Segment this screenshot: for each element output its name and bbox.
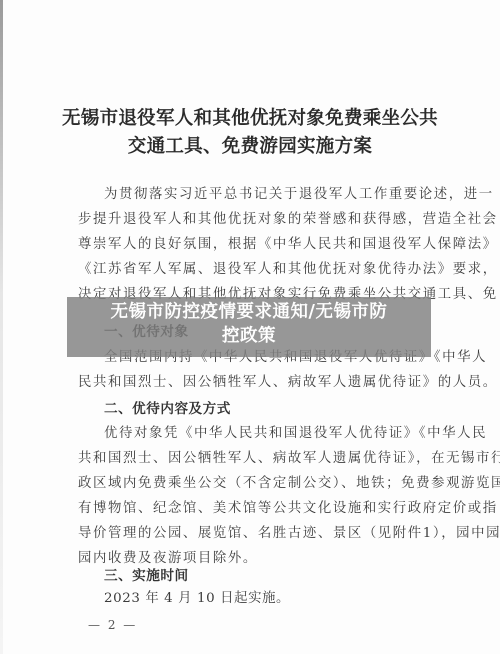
section3-line: 2023 年 4 月 10 日起实施。 bbox=[104, 587, 290, 606]
headline-overlay-banner[interactable]: 无锡市防控疫情要求通知/无锡市防 控政策 bbox=[67, 297, 431, 357]
section2-line: 有博物馆、纪念馆、美术馆等公共文化设施和实行政府定价或指 bbox=[78, 497, 498, 516]
intro-line: 《江苏省军人军属、退役军人和其他优抚对象优待办法》要求， bbox=[78, 258, 498, 277]
headline-line-1: 无锡市防控疫情要求通知/无锡市防 bbox=[67, 300, 431, 324]
section2-line: 政区域内免费乘坐公交（不含定制公交）、地铁；免费参观游览国 bbox=[78, 472, 500, 491]
section2-line: 共和国烈士、因公牺牲军人、病故军人遗属优待证》，在无锡市行 bbox=[78, 447, 500, 466]
section-heading-2: 二、优待内容及方式 bbox=[104, 397, 231, 417]
section2-line: 优待对象凭《中华人民共和国退役军人优待证》《中华人民 bbox=[104, 422, 487, 441]
headline-text: 无锡市防控疫情要求通知/无锡市防 控政策 bbox=[67, 300, 431, 348]
intro-line: 步提升退役军人和其他优抚对象的荣誉感和获得感，营造全社会 bbox=[78, 208, 498, 227]
section1-line: 民共和国烈士、因公牺牲军人、病故军人遗属优待证》的人员。 bbox=[78, 371, 498, 390]
section-heading-3: 三、实施时间 bbox=[104, 564, 189, 584]
section2-line: 导价管理的公园、展览馆、名胜古迹、景区（见附件1），园中园、 bbox=[78, 522, 500, 541]
document-title-line-2: 交通工具、免费游园实施方案 bbox=[0, 132, 500, 158]
document-title-line-1: 无锡市退役军人和其他优抚对象免费乘坐公共 bbox=[0, 104, 500, 130]
page-number: — 2 — bbox=[88, 618, 137, 632]
intro-line: 尊崇军人的良好氛围，根据《中华人民共和国退役军人保障法》 bbox=[78, 233, 498, 252]
intro-line: 为贯彻落实习近平总书记关于退役军人工作重要论述，进一 bbox=[104, 183, 494, 202]
headline-line-2: 控政策 bbox=[67, 324, 431, 348]
